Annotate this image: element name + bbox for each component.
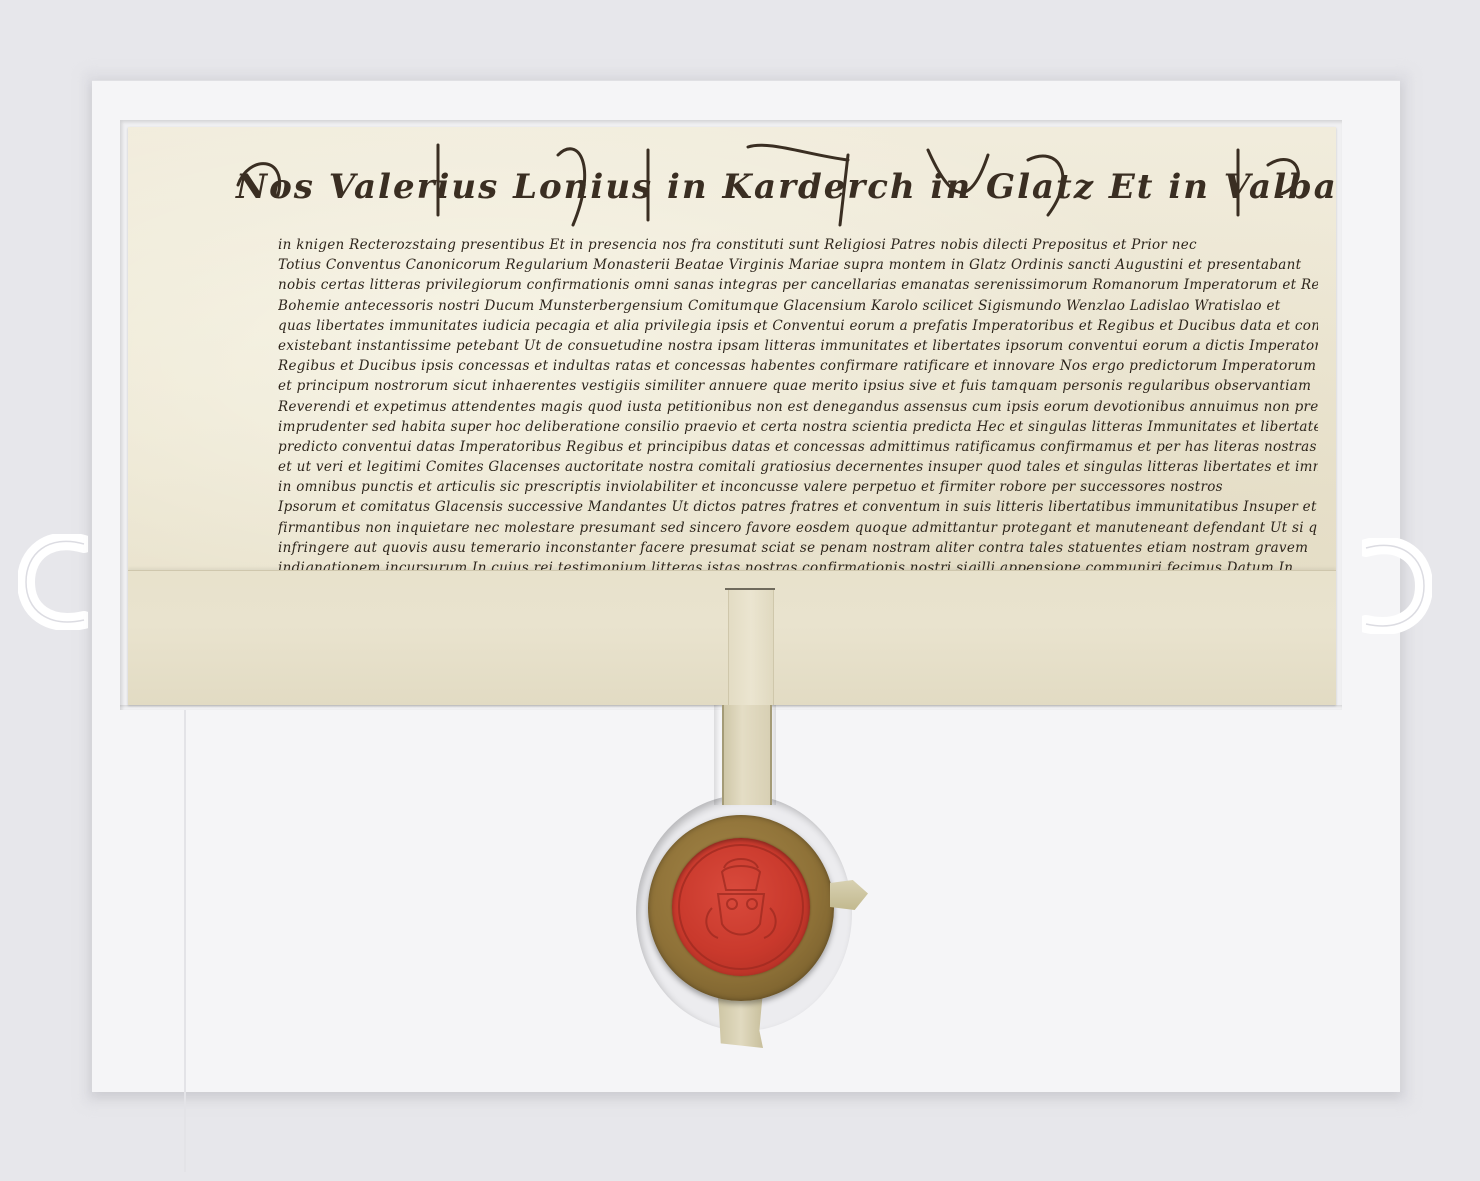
charter-line: firmantibus non inquietare nec molestare… bbox=[278, 518, 1318, 538]
right-hanging-ribbon-icon bbox=[1362, 538, 1432, 634]
parchment-tag-lower bbox=[722, 705, 772, 805]
charter-line: Reverendi et expetimus attendentes magis… bbox=[278, 397, 1318, 417]
charter-line: et principum nostrorum sicut inhaerentes… bbox=[278, 376, 1318, 396]
red-wax-seal bbox=[672, 838, 810, 976]
charter-body-text: in knigen Recterozstaing presentibus Et … bbox=[278, 235, 1318, 578]
charter-line: existebant instantissime petebant Ut de … bbox=[278, 336, 1318, 356]
charter-line: imprudenter sed habita super hoc deliber… bbox=[278, 417, 1318, 437]
parchment-tag-upper bbox=[728, 590, 774, 705]
charter-line: predicto conventui datas Imperatoribus R… bbox=[278, 437, 1318, 457]
charter-line: in omnibus punctis et articulis sic pres… bbox=[278, 477, 1318, 497]
charter-line: in knigen Recterozstaing presentibus Et … bbox=[278, 235, 1318, 255]
charter-line: Totius Conventus Canonicorum Regularium … bbox=[278, 255, 1318, 275]
coat-of-arms-icon bbox=[672, 838, 810, 976]
charter-heading: Nos Valerius Lonius in Karderch in Glatz… bbox=[236, 167, 1316, 207]
charter-line: infringere aut quovis ausu temerario inc… bbox=[278, 538, 1318, 558]
charter-line: Bohemie antecessoris nostri Ducum Munste… bbox=[278, 296, 1318, 316]
charter-line: et ut veri et legitimi Comites Glacenses… bbox=[278, 457, 1318, 477]
charter-line: Regibus et Ducibus ipsis concessas et in… bbox=[278, 356, 1318, 376]
tag-notch-shadow bbox=[714, 705, 720, 805]
charter-parchment: Nos Valerius Lonius in Karderch in Glatz… bbox=[128, 127, 1336, 705]
charter-line: quas libertates immunitates iudicia peca… bbox=[278, 316, 1318, 336]
charter-line: Ipsorum et comitatus Glacensis successiv… bbox=[278, 497, 1318, 517]
left-hanging-ribbon-icon bbox=[18, 534, 88, 630]
charter-line: nobis certas litteras privilegiorum conf… bbox=[278, 275, 1318, 295]
